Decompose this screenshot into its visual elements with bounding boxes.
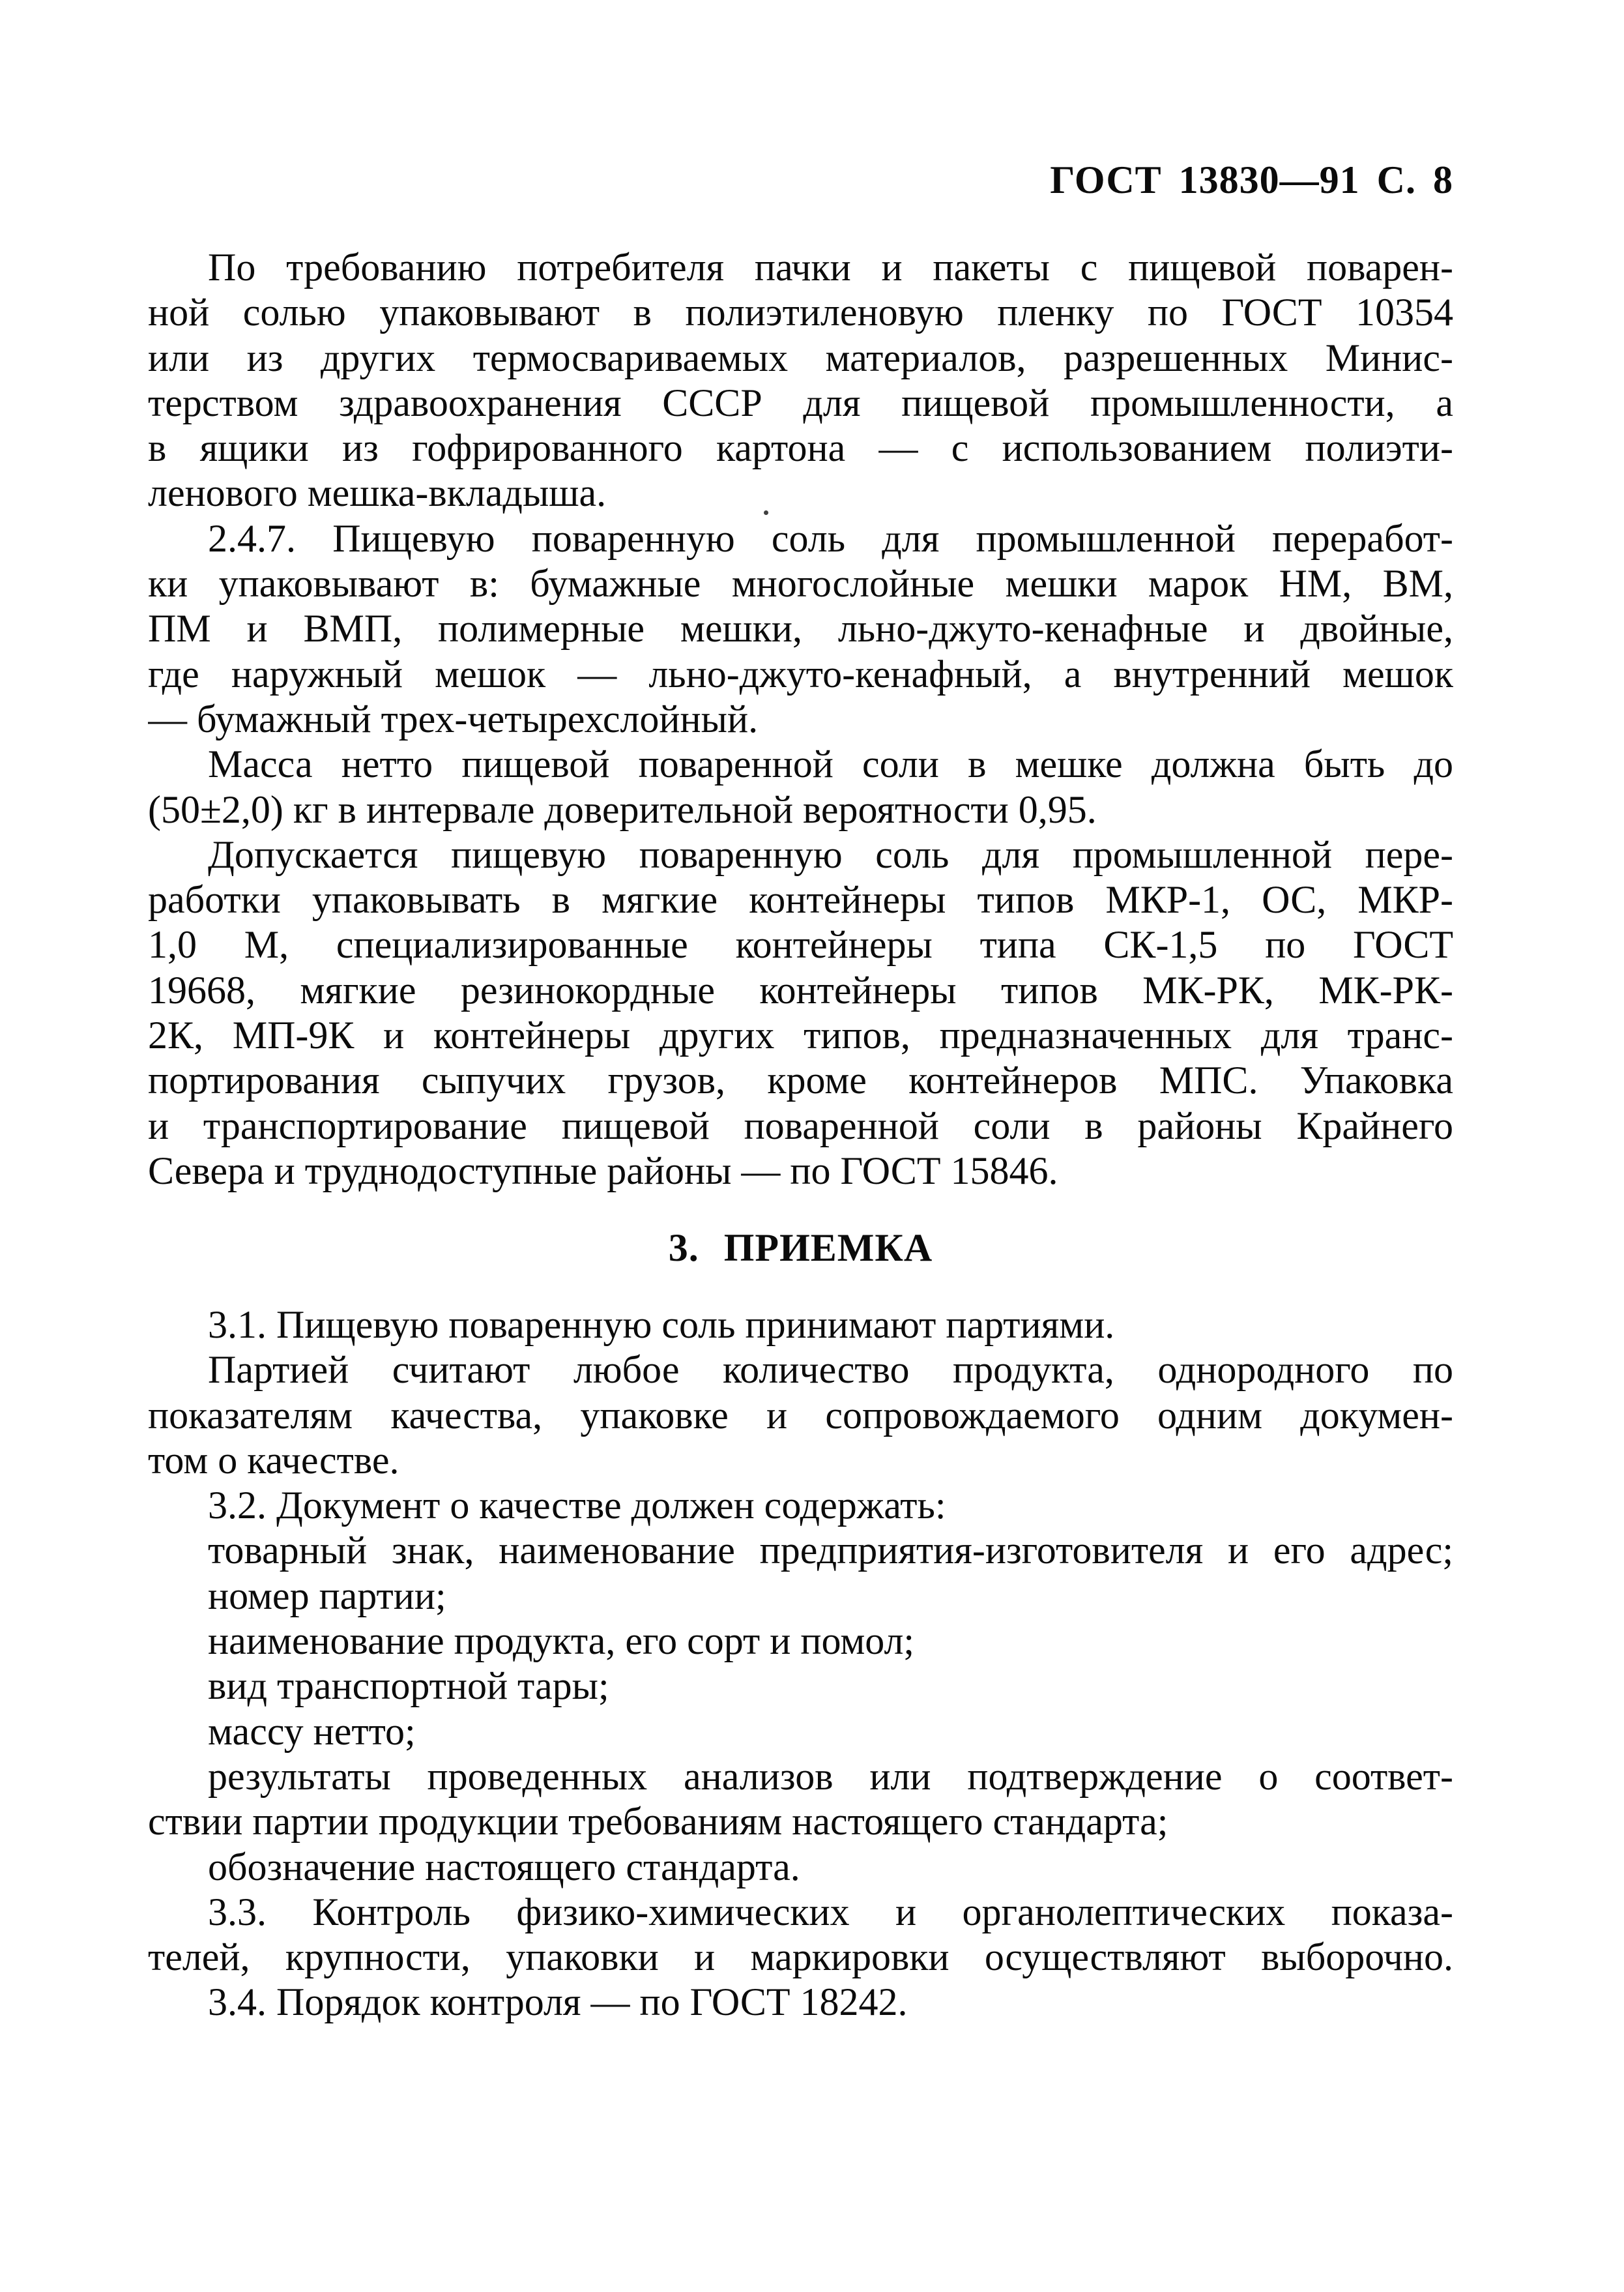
text-line: 2.4.7. Пищевую поваренную соль для промы… [148,516,1453,561]
text-line: наименование продукта, его сорт и помол; [148,1619,1453,1664]
text-line: 1,0 М, специализированные контейнеры тип… [148,922,1453,967]
text-line: товарный знак, наименование предприятия-… [148,1528,1453,1573]
text-line: ствии партии продукции требованиям насто… [148,1799,1453,1844]
text-line: (50±2,0) кг в интервале доверительной ве… [148,787,1453,832]
scan-artifact-dot [764,510,768,515]
document-page: ГОСТ 13830—91 С. 8 По требованию потреби… [0,0,1624,2292]
text-line: 19668, мягкие резинокордные контейнеры т… [148,968,1453,1013]
text-line: том о качестве. [148,1438,1453,1483]
text-line: вид транспортной тары; [148,1664,1453,1709]
page-header: ГОСТ 13830—91 С. 8 [1050,158,1453,203]
text-line: результаты проведенных анализов или подт… [148,1754,1453,1799]
text-line: массу нетто; [148,1709,1453,1754]
text-line: Партией считают любое количество продукт… [148,1347,1453,1392]
text-line: в ящики из гофрированного картона — с ис… [148,426,1453,471]
text-line: 3.4. Порядок контроля — по ГОСТ 18242. [148,1980,1453,2025]
text-line: номер партии; [148,1574,1453,1619]
text-line: обозначение настоящего стандарта. [148,1845,1453,1890]
text-line: Севера и труднодоступные районы — по ГОС… [148,1149,1453,1194]
text-line: — бумажный трех-четырехслойный. [148,697,1453,742]
text-line: где наружный мешок — льно-джуто-кенафный… [148,652,1453,697]
text-line: Масса нетто пищевой поваренной соли в ме… [148,742,1453,787]
paragraph-block-2: 3.1. Пищевую поваренную соль принимают п… [148,1302,1453,2025]
text-line: ной солью упаковывают в полиэтиленовую п… [148,290,1453,335]
text-line: работки упаковывать в мягкие контейнеры … [148,877,1453,922]
paragraph-block-1: По требованию потребителя пачки и пакеты… [148,245,1453,1194]
text-line: 3.2. Документ о качестве должен содержат… [148,1483,1453,1528]
text-line: или из других термосвариваемых материало… [148,336,1453,381]
scan-artifact-dot [529,1090,534,1095]
text-line: портирования сыпучих грузов, кроме конте… [148,1058,1453,1103]
text-line: 2К, МП-9К и контейнеры других типов, пре… [148,1013,1453,1058]
text-line: телей, крупности, упаковки и маркировки … [148,1935,1453,1980]
text-line: ПМ и ВМП, полимерные мешки, льно-джуто-к… [148,606,1453,651]
text-line: ки упаковывают в: бумажные многослойные … [148,561,1453,606]
text-line: 3.3. Контроль физико-химических и органо… [148,1890,1453,1935]
section-heading: 3. ПРИЕМКА [148,1226,1453,1271]
text-line: и транспортирование пищевой поваренной с… [148,1104,1453,1149]
text-line: Допускается пищевую поваренную соль для … [148,832,1453,877]
text-line: По требованию потребителя пачки и пакеты… [148,245,1453,290]
text-line: ленового мешка-вкладыша. [148,471,1453,516]
text-line: терством здравоохранения СССР для пищево… [148,381,1453,426]
text-line: 3.1. Пищевую поваренную соль принимают п… [148,1302,1453,1347]
text-line: показателям качества, упаковке и сопрово… [148,1393,1453,1438]
